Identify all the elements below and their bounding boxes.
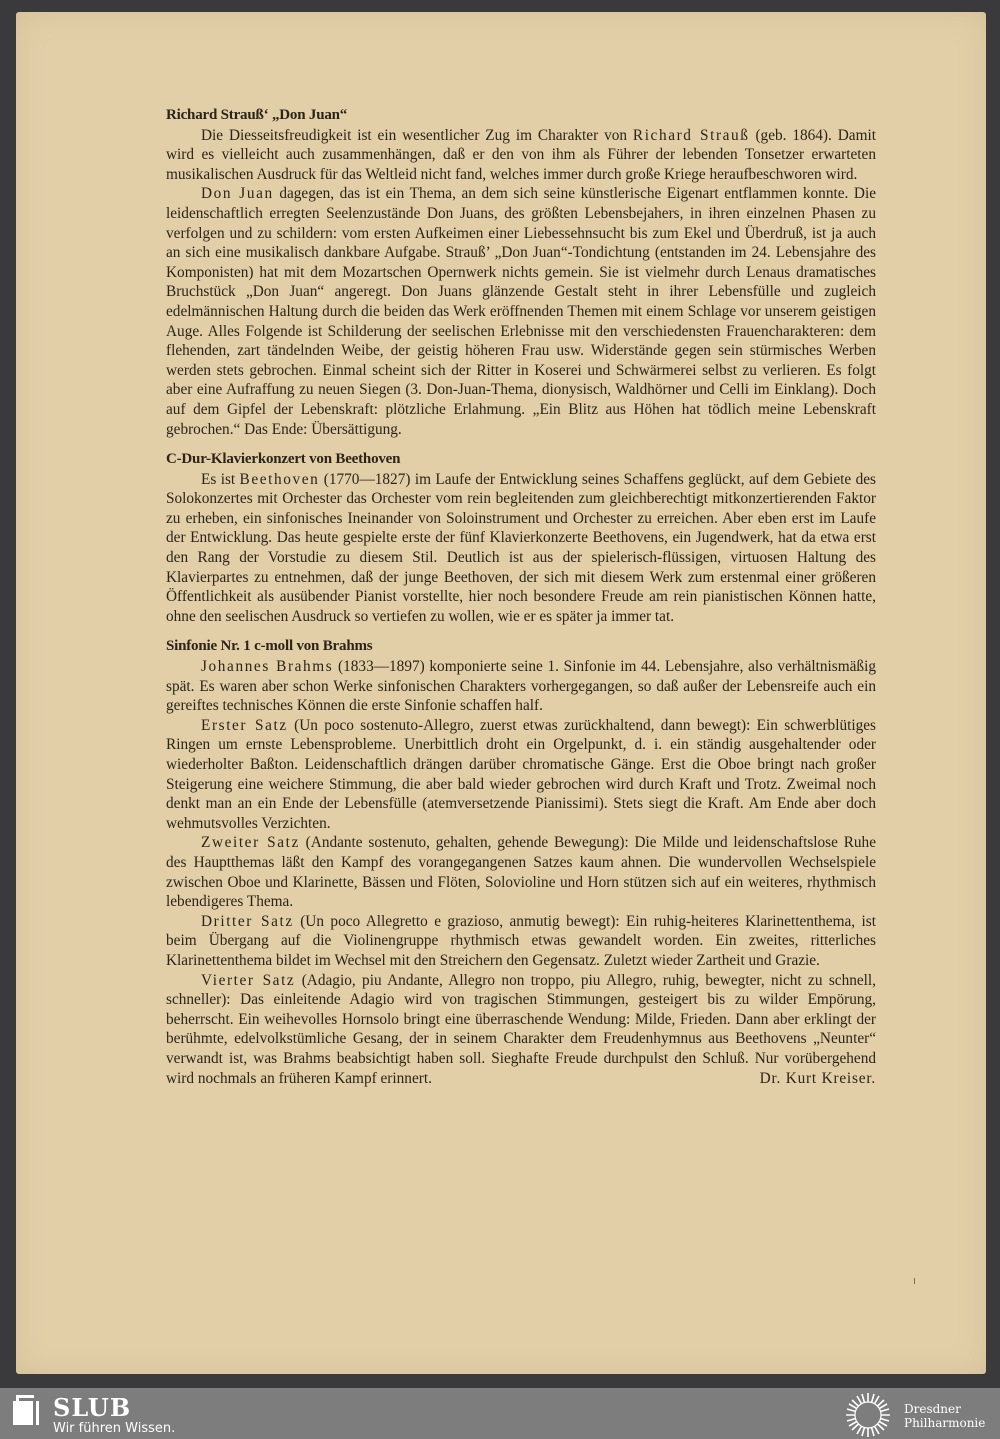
slub-logo-text[interactable]: SLUB	[53, 1393, 131, 1422]
logo-line-1: Dresdner	[904, 1402, 985, 1416]
paragraph: Zweiter Satz (Andante sostenuto, gehalte…	[166, 833, 876, 911]
text: dagegen, das ist ein Thema, an dem sich …	[166, 185, 876, 437]
paragraph: Vierter Satz (Adagio, piu Andante, Alleg…	[166, 971, 876, 1089]
text: Die Diesseitsfreudigkeit ist ein wesentl…	[201, 127, 633, 144]
spaced-name: Dritter Satz	[201, 913, 294, 930]
heading-strauss: Richard Strauß‘ „Don Juan“	[166, 106, 876, 126]
spaced-name: Zweiter Satz	[201, 834, 300, 851]
heading-brahms: Sinfonie Nr. 1 c-moll von Brahms	[166, 637, 876, 657]
text: (1770—1827) im Laufe der Entwicklung sei…	[166, 471, 876, 625]
slub-tagline: Wir führen Wissen.	[53, 1421, 175, 1436]
document-body: Richard Strauß‘ „Don Juan“ Die Diesseits…	[166, 106, 876, 1088]
spaced-name: Don Juan	[201, 185, 274, 202]
text: Es ist	[201, 471, 240, 488]
dresdner-philharmonie-logo-text[interactable]: Dresdner Philharmonie	[904, 1402, 985, 1430]
spaced-name: Erster Satz	[201, 717, 288, 734]
paragraph: Johannes Brahms (1833—1897) komponierte …	[166, 657, 876, 716]
paper-mark	[914, 1278, 915, 1284]
slub-book-icon	[12, 1395, 40, 1427]
logo-line-2: Philharmonie	[904, 1416, 985, 1430]
heading-beethoven: C-Dur-Klavierkonzert von Beethoven	[166, 450, 876, 470]
paragraph: Erster Satz (Un poco sostenuto-Allegro, …	[166, 716, 876, 834]
paragraph: Es ist Beethoven (1770—1827) im Laufe de…	[166, 470, 876, 627]
paragraph: Dritter Satz (Un poco Allegretto e grazi…	[166, 912, 876, 971]
text: (Un poco sostenuto-Allegro, zuerst etwas…	[166, 717, 876, 832]
spaced-name: Vierter Satz	[201, 972, 295, 989]
spaced-name: Richard Strauß	[633, 127, 750, 144]
spaced-name: Beethoven	[240, 471, 320, 488]
spaced-name: Johannes Brahms	[201, 658, 333, 675]
scanned-page: Richard Strauß‘ „Don Juan“ Die Diesseits…	[16, 12, 986, 1374]
dresdner-philharmonie-sun-icon	[843, 1392, 893, 1438]
author-signature: Dr. Kurt Kreiser.	[725, 1069, 876, 1089]
footer-bar: SLUB Wir führen Wissen. Dresdner Philhar…	[0, 1388, 1000, 1439]
paragraph: Don Juan dagegen, das ist ein Thema, an …	[166, 184, 876, 439]
paragraph: Die Diesseitsfreudigkeit ist ein wesentl…	[166, 126, 876, 185]
